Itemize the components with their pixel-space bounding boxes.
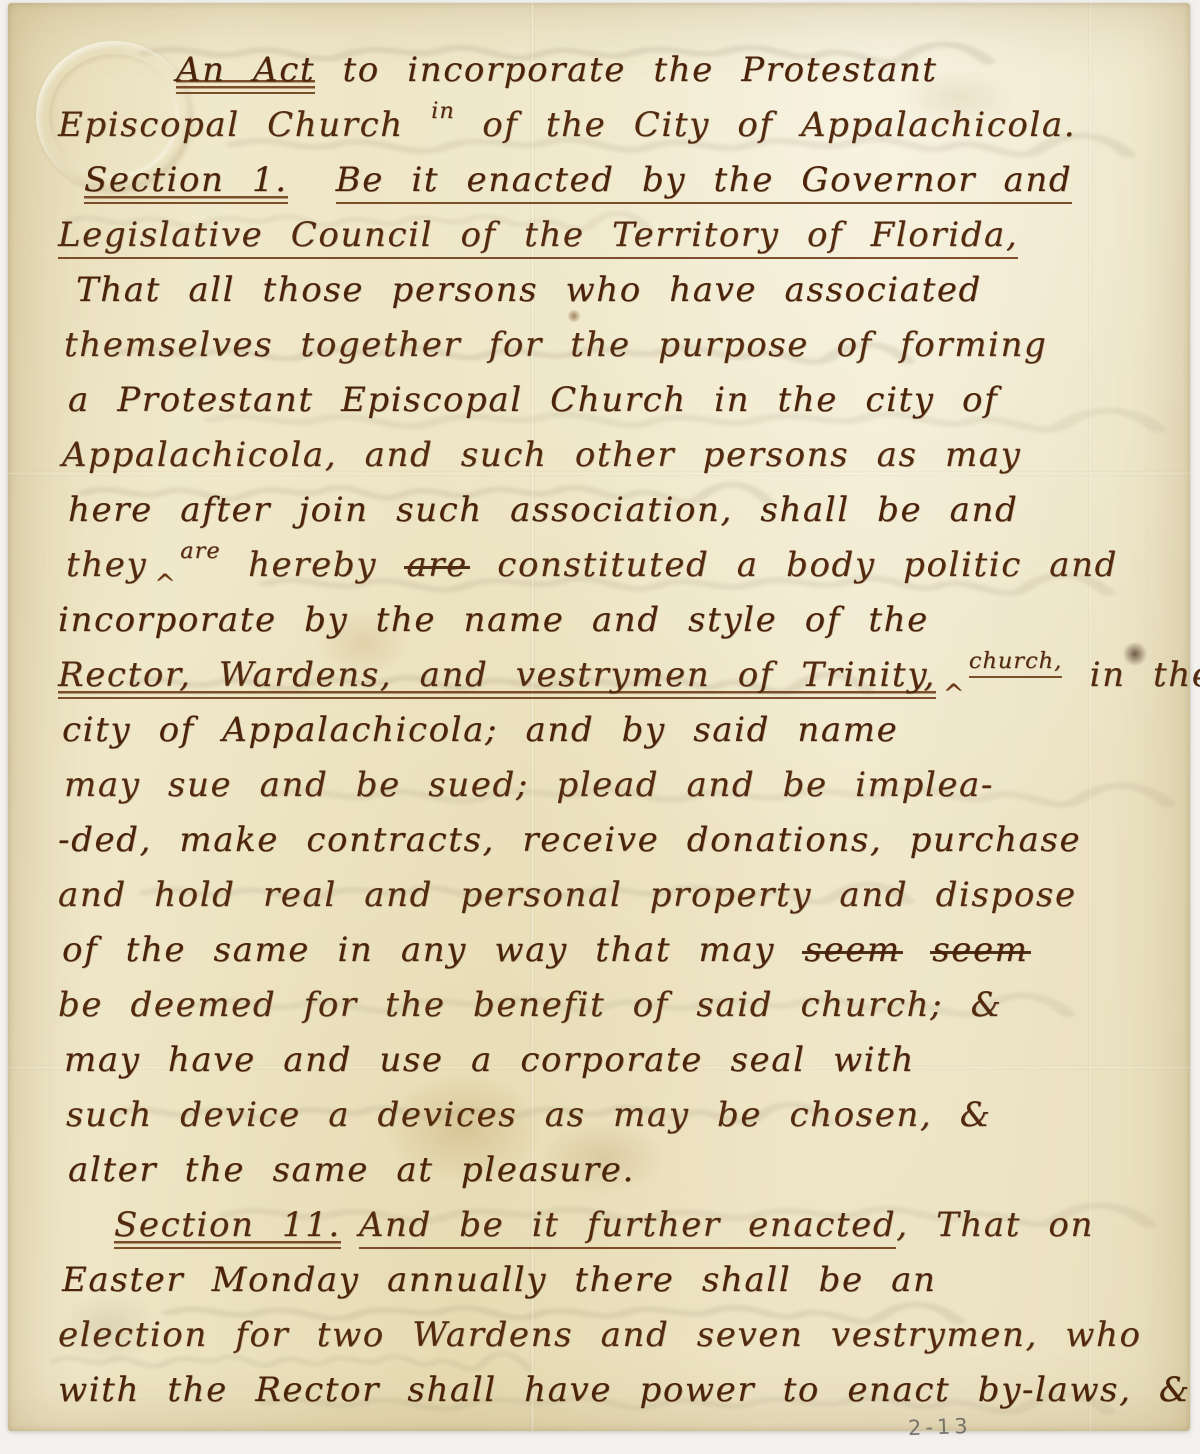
manuscript-line: -ded, make contracts, receive donations,… (58, 813, 1176, 868)
manuscript-line: such device a devices as may be chosen, … (66, 1088, 1176, 1143)
text-segment: to incorporate the Protestant (315, 50, 937, 90)
text-segment: themselves together for the purpose of f… (64, 325, 1047, 365)
manuscript-line: alter the same at pleasure. (68, 1143, 1176, 1198)
text-segment: here after join such association, shall … (68, 490, 1018, 530)
text-segment: may have and use a corporate seal with (64, 1040, 915, 1080)
manuscript-line: city of Appalachicola; and by said name (62, 703, 1176, 758)
manuscript-line: and hold real and personal property and … (58, 868, 1176, 923)
text-segment: and hold real and personal property and … (58, 875, 1077, 915)
text-segment: incorporate by the name and style of the (58, 600, 929, 640)
manuscript-line: of the same in any way that may seem see… (62, 923, 1176, 978)
text-segment: of the City of Appalachicola. (455, 105, 1076, 145)
underlined-phrase: Be it enacted by the Governor and (336, 160, 1073, 204)
manuscript-line: themselves together for the purpose of f… (64, 318, 1176, 373)
text-segment: alter the same at pleasure. (68, 1150, 635, 1190)
manuscript-text: An Act to incorporate the ProtestantEpis… (58, 43, 1176, 1431)
manuscript-line: Legislative Council of the Territory of … (58, 208, 1176, 263)
text-segment: constituted a body politic and (470, 545, 1118, 585)
text-segment: Easter Monday annually there shall be an (62, 1260, 937, 1300)
manuscript-line: a Protestant Episcopal Church in the cit… (68, 373, 1176, 428)
manuscript-line: with the Rector shall have power to enac… (58, 1363, 1176, 1418)
manuscript-line: they^are hereby are constituted a body p… (66, 538, 1176, 593)
manuscript-line: may sue and be sued; plead and be implea… (64, 758, 1176, 813)
text-segment: be deemed for the benefit of said church… (58, 985, 1002, 1025)
inserted-word: church, (969, 648, 1062, 678)
manuscript-line: Easter Monday annually there shall be an (62, 1253, 1176, 1308)
text-segment: , That on (896, 1205, 1094, 1245)
caret-mark: ^ (154, 569, 177, 599)
text-segment: Episcopal Church (58, 105, 431, 145)
manuscript-line: Episcopal Church in of the City of Appal… (58, 98, 1176, 153)
underlined-phrase: And be it further enacted (359, 1205, 896, 1249)
text-segment: a Protestant Episcopal Church in the cit… (68, 380, 998, 420)
struck-out-word: are (404, 545, 469, 585)
struck-out-word: seem (802, 930, 902, 970)
manuscript-line: Rector, Wardens, and vestrymen of Trinit… (58, 648, 1176, 703)
text-segment: may sue and be sued; plead and be implea… (64, 765, 994, 805)
text-segment: in the (1062, 655, 1200, 695)
manuscript-line: may have and use a corporate seal with (64, 1033, 1176, 1088)
text-segment: Appalachicola, and such other persons as… (62, 435, 1021, 475)
underlined-phrase: Section 1. (84, 160, 288, 204)
text-segment: they (66, 545, 147, 585)
manuscript-line: Section 11.And be it further enacted, Th… (114, 1198, 1176, 1253)
underlined-phrase: Section 11. (114, 1205, 341, 1249)
struck-out-word: seem (930, 930, 1030, 970)
manuscript-line: An Act to incorporate the Protestant (176, 43, 1176, 98)
caret-mark: ^ (943, 679, 966, 709)
page-number-pencil: 2-13 (908, 1414, 972, 1440)
manuscript-line: That all those persons who have associat… (76, 263, 1176, 318)
inserted-word: in (431, 98, 455, 124)
text-segment: -ded, make contracts, receive donations,… (58, 820, 1081, 860)
text-segment: with the Rector shall have power to enac… (58, 1370, 1191, 1410)
manuscript-line: Appalachicola, and such other persons as… (62, 428, 1176, 483)
underlined-phrase: Rector, Wardens, and vestrymen of Trinit… (58, 655, 936, 699)
text-segment: That all those persons who have associat… (76, 270, 982, 310)
manuscript-page: An Act to incorporate the ProtestantEpis… (8, 3, 1190, 1431)
inserted-word: are (180, 538, 220, 564)
manuscript-line: election for two Wardens and seven vestr… (58, 1308, 1176, 1363)
text-segment: of the same in any way that may (62, 930, 802, 970)
text-segment: hereby (221, 545, 405, 585)
underlined-phrase: Legislative Council of the Territory of … (58, 215, 1018, 259)
manuscript-line: Section 1.Be it enacted by the Governor … (84, 153, 1176, 208)
text-segment: election for two Wardens and seven vestr… (58, 1315, 1142, 1355)
text-segment: city of Appalachicola; and by said name (62, 710, 898, 750)
underlined-phrase: An Act (176, 50, 315, 94)
text-segment: such device a devices as may be chosen, … (66, 1095, 992, 1135)
text-segment (903, 930, 930, 970)
manuscript-line: be deemed for the benefit of said church… (58, 978, 1176, 1033)
manuscript-line: here after join such association, shall … (68, 483, 1176, 538)
manuscript-line: incorporate by the name and style of the (58, 593, 1176, 648)
